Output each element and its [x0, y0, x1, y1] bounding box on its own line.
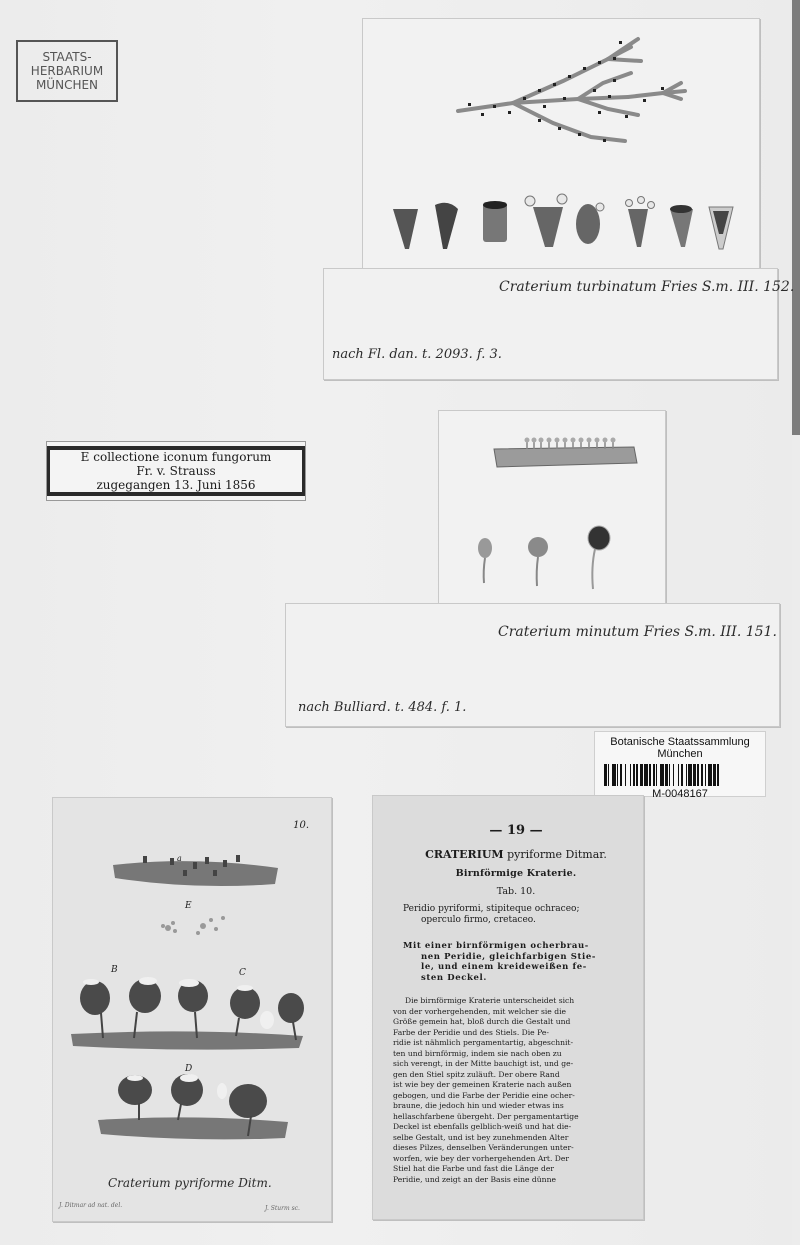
- body-line: ten und birnförmig, indem sie nach oben …: [393, 1049, 629, 1060]
- branch-with-fungi-drawing: [363, 19, 761, 271]
- body-line: ridie ist nähmlich pergamentartig, abges…: [393, 1038, 629, 1049]
- sporangia-row: [393, 194, 733, 249]
- tab-reference: Tab. 10.: [403, 886, 629, 897]
- diagnosis-line: nen Peridie, gleichfarbigen Stie-: [403, 952, 629, 963]
- specimen-title: Craterium turbinatum Fries S.m. III. 152…: [499, 279, 794, 295]
- log-with-sporangia-drawing: [439, 411, 667, 606]
- fig-label-b: B: [111, 965, 118, 975]
- body-line: selbe Gestalt, und ist bey zunehmenden A…: [393, 1133, 629, 1144]
- herbarium-stamp: STAATS- HERBARIUM MÜNCHEN: [16, 40, 118, 102]
- barcode-label: Botanische Staatssammlung München M-0048…: [594, 731, 766, 797]
- fig-label-c: C: [239, 968, 246, 978]
- page-number: — 19 —: [403, 823, 629, 838]
- plate-credit-engraver: J. Sturm sc.: [265, 1205, 300, 1212]
- german-name: Birnförmige Kraterie.: [403, 868, 629, 879]
- illustration-craterium-minutum: [438, 410, 666, 605]
- diagnosis-line: Mit einer birnförmigen ocherbrau-: [403, 941, 629, 952]
- acquisition-date: zugegangen 13. Juni 1856: [96, 478, 255, 492]
- body-line: Die birnförmige Kraterie unterscheidet s…: [393, 996, 629, 1007]
- body-line: Deckel ist ebenfalls gelblich-weiß und h…: [393, 1122, 629, 1133]
- body-line: hellaschfarbene übergeht. Der pergamenta…: [393, 1112, 629, 1123]
- body-line: braune, die jedoch hin und wieder etwas …: [393, 1101, 629, 1112]
- body-line: von der vorhergehenden, mit welcher sie …: [393, 1007, 629, 1018]
- body-line: Peridie, und zeigt an der Basis eine dün…: [393, 1175, 629, 1186]
- body-line: gen den Stiel spitz zuläuft. Der obere R…: [393, 1070, 629, 1081]
- pyriforme-drawing: [53, 798, 333, 1178]
- fig-label-e: E: [185, 901, 192, 911]
- german-diagnosis: Mit einer birnförmigen ocherbrau- nen Pe…: [403, 941, 629, 983]
- engraved-plate: 10.: [52, 797, 332, 1222]
- body-line: worfen, wie bey der vorhergehenden Art. …: [393, 1154, 629, 1165]
- latin-diagnosis: Peridio pyriformi, stipiteque ochraceo; …: [403, 904, 629, 926]
- stamp-line: MÜNCHEN: [36, 78, 98, 92]
- body-line: dieses Pilzes, denselben Veränderungen u…: [393, 1143, 629, 1154]
- body-line: Farbe der Peridie und des Stiels. Die Pe…: [393, 1028, 629, 1039]
- genus-name: CRATERIUM: [425, 848, 503, 861]
- fig-label-d: D: [185, 1064, 192, 1074]
- stamp-line: HERBARIUM: [31, 64, 103, 78]
- institution-name: Botanische Staatssammlung München: [595, 736, 765, 760]
- diagnosis-line: sten Deckel.: [403, 973, 629, 984]
- plate-credit-artist: J. Ditmar ad nat. del.: [59, 1202, 122, 1209]
- collection-line: E collectione iconum fungorum: [81, 450, 272, 464]
- specimen-label-minutum: Craterium minutum Fries S.m. III. 151. n…: [285, 603, 780, 727]
- body-line: Stiel hat die Farbe und fast die Länge d…: [393, 1164, 629, 1175]
- specimen-source: nach Fl. dan. t. 2093. f. 3.: [332, 347, 502, 362]
- diagnosis-line: Peridio pyriformi, stipiteque ochraceo;: [403, 904, 629, 915]
- body-line: Größe gemein hat, bloß durch die Gestalt…: [393, 1017, 629, 1028]
- plate-caption: Craterium pyriforme Ditm.: [108, 1176, 272, 1190]
- sheet-edge-shadow: [792, 0, 800, 435]
- body-line: ist wie bey der gemeinen Kraterie nach a…: [393, 1080, 629, 1091]
- diagnosis-line: operculo firmo, cretaceo.: [403, 915, 629, 926]
- specimen-title: Craterium minutum Fries S.m. III. 151.: [498, 624, 777, 640]
- description-body: Die birnförmige Kraterie unterscheidet s…: [393, 996, 629, 1185]
- specimen-label-turbinatum: Craterium turbinatum Fries S.m. III. 152…: [323, 268, 778, 380]
- barcode: [604, 764, 756, 786]
- body-line: gebogen, und die Farbe der Peridie eine …: [393, 1091, 629, 1102]
- printed-text-page: — 19 — CRATERIUM pyriforme Ditmar. Birnf…: [372, 795, 644, 1220]
- collector-name: Fr. v. Strauss: [136, 464, 215, 478]
- illustration-craterium-turbinatum: [362, 18, 760, 270]
- diagnosis-line: le, und einem kreideweißen fe-: [403, 962, 629, 973]
- stamp-line: STAATS-: [42, 50, 91, 64]
- species-epithet: pyriforme Ditmar.: [507, 848, 607, 861]
- collection-label: E collectione iconum fungorum Fr. v. Str…: [46, 441, 306, 501]
- fig-label-a: a: [177, 854, 182, 863]
- species-heading: CRATERIUM pyriforme Ditmar.: [403, 848, 629, 861]
- specimen-source: nach Bulliard. t. 484. f. 1.: [298, 700, 466, 715]
- sheet-edge: [792, 435, 800, 1245]
- body-line: sich verengt, in der Mitte bauchigt ist,…: [393, 1059, 629, 1070]
